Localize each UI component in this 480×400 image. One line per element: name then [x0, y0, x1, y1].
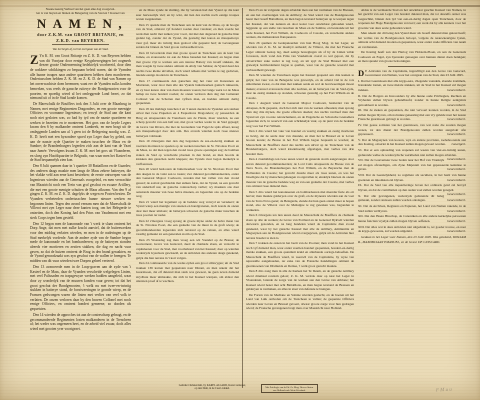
masthead-rule	[52, 44, 109, 45]
capitulation-article: XI. Dat de Archiven, Registers en Papier…	[358, 204, 466, 213]
capitulation-articles: I. Dat het Guarnisoen met alle krygs-eer…	[358, 79, 466, 234]
lead-text: Yn K. M. van Groot Britanje en Z. K. D. …	[30, 54, 131, 100]
paragraph: Den 14 wierden de approches tot aan de c…	[30, 313, 131, 332]
paragraph: De Mareschalk de Boufflers trok den 3 Ju…	[30, 102, 131, 163]
capitulation-article: XII. Dat den Heere Bisschop, de Canonike…	[358, 214, 466, 223]
column-1: Naauw-keurig Verhaal van het geen elke d…	[30, 8, 131, 386]
masthead: Naauw-keurig Verhaal van het geen elke d…	[30, 8, 131, 51]
paragraph: Den 25 en de volgende dagen arbeidde men…	[246, 8, 354, 40]
paragraph: Den 17 continueerde den ganschen dag het…	[136, 79, 239, 106]
capitulation-article: III. Dat de zieken en gequetsten, die ni…	[358, 108, 466, 121]
capitulation-article: I. Dat het Guarnisoen met alle krygs-eer…	[358, 79, 466, 92]
article-text: X. Dat alle gevangenen, wederzyds gedure…	[358, 194, 444, 202]
paragraph: Men rekent dat dit beleg den Vyand meer …	[358, 31, 466, 49]
masthead-subtitle-2: Z.K.D. van BEYEREN.	[30, 38, 131, 43]
paragraph: Den 8 Julii quamen daar in 't quartier 3…	[30, 164, 131, 220]
article-response: Geaccordeert.	[444, 229, 466, 233]
article-response: Geaccordeert.	[444, 103, 466, 107]
capitulation-article: VI. Dat er een ophouding van wapenen zal…	[358, 148, 466, 157]
paragraph: Aldus is de vermaarde Stad en het onwinb…	[358, 8, 466, 30]
capitulation-signature: Gedaan in het Leger voor Namen, den 23 J…	[358, 235, 466, 244]
lead-paragraph: ZYn K. M. van Groot Britanje en Z. K. D.…	[30, 54, 131, 101]
page-title: NAMEN,	[30, 17, 131, 31]
article-text: IX. Dat de Stad van alle inquartieringe …	[358, 183, 466, 191]
imprint-publisher: Gedrukt t'Amsterdam, by KAREL ALLARD, Ko…	[168, 384, 257, 391]
article-response: Geaccordeert.	[444, 157, 466, 161]
column-2: en de Maas zynde de sluiting, die hy ver…	[136, 8, 239, 388]
paragraph: Den 1 Augusti wierd de Generaal Majoor C…	[246, 101, 354, 128]
article-response: Geaccordeert.	[444, 219, 466, 223]
column-3: Den 25 en de volgende dagen arbeidde men…	[246, 8, 354, 388]
paragraph: Den 16 bevorderde men met groote spoed d…	[136, 51, 239, 78]
article-text: VI. Dat er een ophouding van wapenen zal…	[358, 148, 466, 156]
column-4-body: Aldus is de vermaarde Stad en het onwinb…	[358, 8, 466, 63]
paragraph: Den 19 s'morgens met den dag begonnen de…	[136, 139, 239, 166]
column-2-body: en de Maas zynde de sluiting, die hy ver…	[136, 8, 239, 284]
capitulation-article: IV. Dat geene soldaten van het guarnisoe…	[358, 123, 466, 136]
imprint-line-2: op den Dam, in de Caert-winkel.	[168, 387, 257, 390]
article-response: Geaccordeert.	[444, 192, 466, 196]
article-response: Geaccordeert.	[444, 209, 466, 213]
paragraph: Den 30 wierden de Trencheen tegen het Ka…	[246, 73, 354, 100]
article-response: Geaccordeert.	[444, 198, 466, 202]
column-4: Aldus is de vermaarde Stad en het onwinb…	[358, 8, 466, 388]
masthead-subtitle-1: door Z.K.M. van GROOT BRITANJE, en	[30, 32, 131, 37]
imprint-privilege-box: Met Privilegie van de Ed. Gr. Mog. Heere…	[261, 384, 318, 393]
paragraph: Den 18 des middags tusschen 2 en 3 uuren…	[136, 107, 239, 139]
capitulation-intro-text: E Articulen van de Capitulatie, ingewill…	[365, 69, 466, 77]
paragraph: Den 12 begon men de kanonnade van 't wer…	[30, 222, 131, 264]
paragraph: Den 5 dito wierd het kanonneeren en bomb…	[246, 190, 354, 213]
article-response: Geaccordeert.	[444, 132, 466, 136]
masthead-tagline: Van het begin af, tot het overgaan van d…	[30, 47, 131, 51]
column-3-body: Den 25 en de volgende dagen arbeidde men…	[246, 8, 354, 311]
paragraph: Den 8 dito zong men in alle de Kerken he…	[246, 269, 354, 292]
paragraph: Den 15 opende men de Trencheen aan de ka…	[136, 23, 239, 50]
paragraph: en de Maas zynde de sluiting, die hy ver…	[136, 8, 239, 22]
capitulation-section-rule	[388, 66, 436, 67]
paragraph: Den 21 wierd het logement op de bedekte …	[136, 200, 239, 218]
paragraph: Den 13 avanceerde men in de Loop-graven …	[30, 265, 131, 312]
scanned-broadsheet: { "colors":{"paper":"#ebdcb8","ink":"#2e…	[0, 0, 480, 400]
dropcap-Z: Z	[30, 54, 39, 65]
article-response: Geaccordeert.	[444, 178, 466, 182]
paragraph: Den 22 s'morgens vroeg sprong de groote …	[136, 219, 239, 237]
article-response: Geweigert.	[448, 142, 466, 146]
paragraph: Den 23 Woensdag zag men vroeg een wit Va…	[136, 238, 239, 261]
paragraph: Den 20 wierd beslooten de buitenwerken v…	[136, 167, 239, 199]
paragraph: Den 4 s'namiddags ten twee uuren wierd d…	[246, 157, 354, 189]
paragraph: Den 2 dito wierd het vuur van hondert en…	[246, 129, 354, 156]
imprint: Gedrukt t'Amsterdam, by KAREL ALLARD, Ko…	[168, 384, 318, 396]
imprint-privilege-line-2: van Holland ende West-Vriesland.	[263, 389, 316, 392]
masthead-overline-2: len is van buyten en binnen de Belegerin…	[30, 12, 131, 16]
paragraph: Den 7 trokken de onzen in het bezit van …	[246, 241, 354, 268]
article-response: Geaccordeert.	[444, 117, 466, 121]
paragraph: De Forten van de Mediane en Salsine wier…	[246, 293, 354, 311]
column-divider-rule	[242, 8, 243, 388]
capitulation-article: V. Dat de Magazynen van kooren, wyn en a…	[358, 138, 466, 147]
paragraph: Den 26 quamen de Gedeputeerden van hun H…	[246, 41, 354, 73]
article-response: Geaccordeert.	[444, 88, 466, 92]
capitulation-article: XIII. Dat alles wat in deze Articulen ni…	[358, 225, 466, 234]
article-response: Geaccordeert.	[444, 167, 466, 171]
paper-fold-line	[0, 5, 480, 7]
paragraph: Den 6 s'morgens ten tien uuren deed de M…	[246, 213, 354, 240]
capitulation-article: IX. Dat de Stad van alle inquartieringe …	[358, 183, 466, 192]
pencil-annotation: FMuu	[436, 388, 453, 394]
capitulation-article: VIII. Dat de Geestelykheid, zo reguliere…	[358, 173, 466, 182]
column-1-body: De Mareschalk de Boufflers trok den 3 Ju…	[30, 102, 131, 332]
paragraph: De Koning heeft aan den Hertog van Holst…	[358, 50, 466, 63]
paragraph: Den 24 continueerde van de weder-zyden e…	[136, 261, 239, 284]
capitulation-intro: DE Articulen van de Capitulatie, ingewil…	[358, 69, 466, 78]
capitulation-article: II. Dat de Borgers en Inwoonders by alle…	[358, 94, 466, 107]
